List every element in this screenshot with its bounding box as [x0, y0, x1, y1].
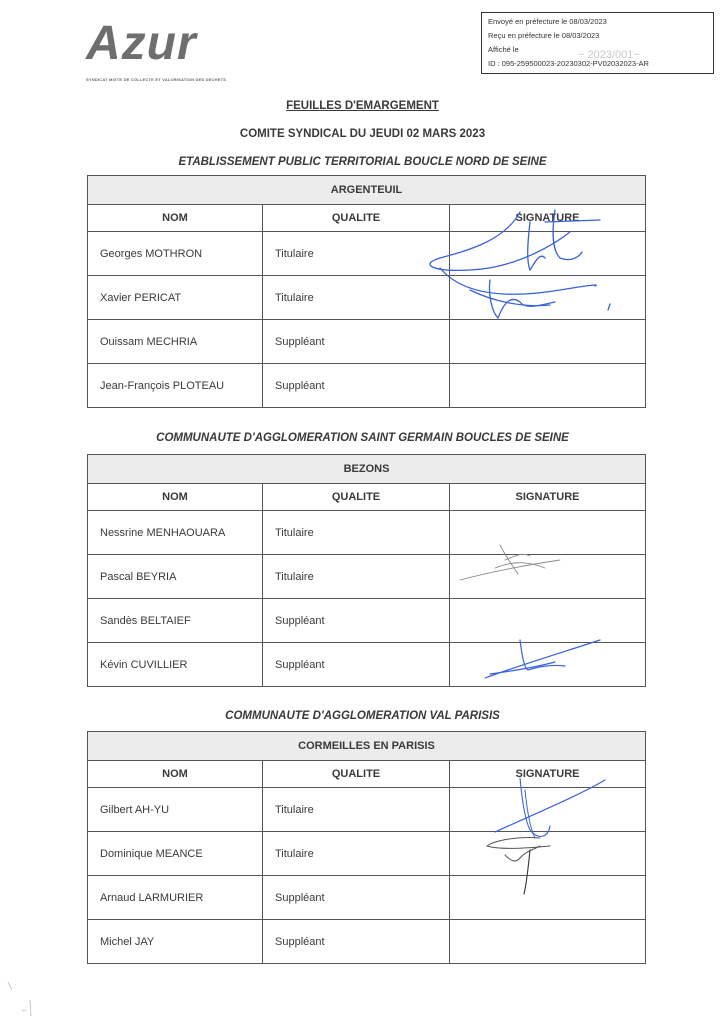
member-name: Kévin CUVILLIER	[88, 643, 263, 687]
member-role: Titulaire	[263, 276, 450, 320]
signature-cell[interactable]	[450, 555, 646, 599]
table-row: Gilbert AH-YUTitulaire	[88, 788, 646, 832]
member-role: Suppléant	[263, 599, 450, 643]
member-name: Xavier PERICAT	[88, 276, 263, 320]
table-row: Georges MOTHRONTitulaire	[88, 232, 646, 276]
table-row: Kévin CUVILLIERSuppléant	[88, 643, 646, 687]
member-name: Arnaud LARMURIER	[88, 876, 263, 920]
signature-cell[interactable]	[450, 920, 646, 964]
signature-cell[interactable]	[450, 599, 646, 643]
attendance-table-argenteuil: ARGENTEUIL NOM QUALITE SIGNATURE Georges…	[87, 175, 646, 408]
city-header: BEZONS	[88, 455, 646, 484]
prefecture-stamp: Envoyé en préfecture le 08/03/2023 Reçu …	[481, 12, 714, 74]
stamp-watermark: ~ 2023/001~	[578, 49, 640, 61]
column-header-nom: NOM	[88, 484, 263, 511]
logo-subtitle: SYNDICAT MIXTE DE COLLECTE ET VALORISATI…	[86, 77, 226, 82]
member-name: Ouissam MECHRIA	[88, 320, 263, 364]
signature-cell[interactable]	[450, 320, 646, 364]
member-role: Suppléant	[263, 920, 450, 964]
column-header-qualite: QUALITE	[263, 761, 450, 788]
city-header: ARGENTEUIL	[88, 176, 646, 205]
member-role: Suppléant	[263, 876, 450, 920]
table-row: Nessrine MENHAOUARATitulaire	[88, 511, 646, 555]
member-name: Jean-François PLOTEAU	[88, 364, 263, 408]
table-row: Arnaud LARMURIERSuppléant	[88, 876, 646, 920]
document-title: FEUILLES D'EMARGEMENT	[0, 100, 725, 112]
document-subtitle: COMITE SYNDICAL DU JEUDI 02 MARS 2023	[0, 128, 725, 140]
section-title: COMMUNAUTE D'AGGLOMERATION SAINT GERMAIN…	[0, 432, 725, 444]
attendance-table-bezons: BEZONS NOM QUALITE SIGNATURE Nessrine ME…	[87, 454, 646, 687]
column-header-qualite: QUALITE	[263, 205, 450, 232]
attendance-table-cormeilles: CORMEILLES EN PARISIS NOM QUALITE SIGNAT…	[87, 731, 646, 964]
member-role: Titulaire	[263, 555, 450, 599]
azur-logo: Azur SYNDICAT MIXTE DE COLLECTE ET VALOR…	[86, 18, 256, 78]
member-name: Dominique MEANCE	[88, 832, 263, 876]
signature-cell[interactable]	[450, 364, 646, 408]
table-row: Dominique MEANCETitulaire	[88, 832, 646, 876]
member-name: Pascal BEYRIA	[88, 555, 263, 599]
column-header-signature: SIGNATURE	[450, 205, 646, 232]
member-role: Titulaire	[263, 232, 450, 276]
scan-marks	[8, 982, 31, 1016]
signature-cell[interactable]	[450, 832, 646, 876]
column-header-qualite: QUALITE	[263, 484, 450, 511]
signature-cell[interactable]	[450, 232, 646, 276]
table-row: Michel JAYSuppléant	[88, 920, 646, 964]
signature-cell[interactable]	[450, 788, 646, 832]
section-title: ETABLISSEMENT PUBLIC TERRITORIAL BOUCLE …	[0, 156, 725, 168]
member-name: Sandès BELTAIEF	[88, 599, 263, 643]
member-name: Gilbert AH-YU	[88, 788, 263, 832]
member-name: Nessrine MENHAOUARA	[88, 511, 263, 555]
table-row: Xavier PERICATTitulaire	[88, 276, 646, 320]
member-name: Georges MOTHRON	[88, 232, 263, 276]
member-role: Titulaire	[263, 832, 450, 876]
column-header-signature: SIGNATURE	[450, 484, 646, 511]
stamp-received: Reçu en préfecture le 08/03/2023	[488, 29, 707, 43]
signature-cell[interactable]	[450, 511, 646, 555]
column-header-nom: NOM	[88, 205, 263, 232]
table-row: Pascal BEYRIATitulaire	[88, 555, 646, 599]
signature-cell[interactable]	[450, 643, 646, 687]
signature-cell[interactable]	[450, 876, 646, 920]
member-role: Titulaire	[263, 788, 450, 832]
section-title: COMMUNAUTE D'AGGLOMERATION VAL PARISIS	[0, 710, 725, 722]
logo-wordmark: Azur	[86, 18, 197, 70]
city-header: CORMEILLES EN PARISIS	[88, 732, 646, 761]
stamp-sent: Envoyé en préfecture le 08/03/2023	[488, 15, 707, 29]
column-header-nom: NOM	[88, 761, 263, 788]
member-role: Suppléant	[263, 364, 450, 408]
table-row: Ouissam MECHRIASuppléant	[88, 320, 646, 364]
member-role: Suppléant	[263, 320, 450, 364]
signature-cell[interactable]	[450, 276, 646, 320]
member-role: Suppléant	[263, 643, 450, 687]
member-role: Titulaire	[263, 511, 450, 555]
member-name: Michel JAY	[88, 920, 263, 964]
column-header-signature: SIGNATURE	[450, 761, 646, 788]
table-row: Jean-François PLOTEAUSuppléant	[88, 364, 646, 408]
table-row: Sandès BELTAIEFSuppléant	[88, 599, 646, 643]
